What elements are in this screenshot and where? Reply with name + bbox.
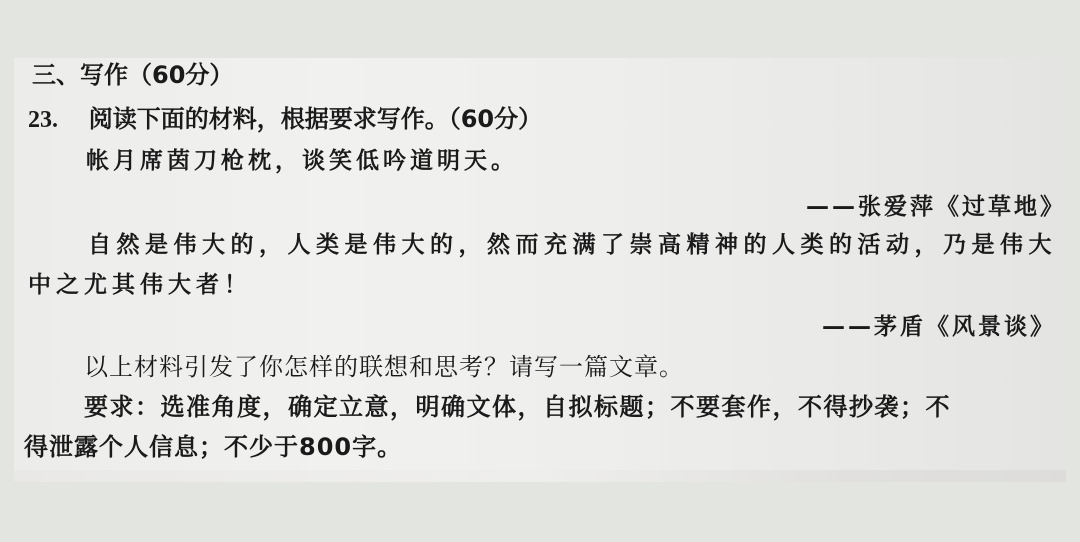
requirements-line-1: 要求：选准角度，确定立意，明确文体，自拟标题；不要套作，不得抄袭；不 bbox=[84, 392, 951, 422]
material-1-attribution: ——张爱萍《过草地》 bbox=[806, 192, 1066, 222]
material-2-quote-line-1: 自然是伟大的，人类是伟大的，然而充满了崇高精神的人类的活动，乃是伟大 bbox=[88, 230, 1057, 260]
material-1-quote: 帐月席茵刀枪枕，谈笑低吟道明天。 bbox=[86, 146, 518, 176]
material-2-quote-line-2: 中之尤其伟大者！ bbox=[28, 270, 252, 300]
question-row: 23. 阅读下面的材料，根据要求写作。（60分） bbox=[28, 104, 542, 135]
material-2-attribution: ——茅盾《风景谈》 bbox=[822, 312, 1056, 342]
requirements-line-2: 得泄露个人信息；不少于800字。 bbox=[24, 432, 402, 462]
question-number: 23. bbox=[28, 107, 58, 133]
writing-prompt: 以上材料引发了你怎样的联想和思考？请写一篇文章。 bbox=[84, 352, 684, 382]
question-instruction: 阅读下面的材料，根据要求写作。（60分） bbox=[89, 105, 542, 133]
exam-page: 三、写作（60分） 23. 阅读下面的材料，根据要求写作。（60分） 帐月席茵刀… bbox=[14, 58, 1066, 482]
section-title: 三、写作（60分） bbox=[32, 60, 233, 90]
